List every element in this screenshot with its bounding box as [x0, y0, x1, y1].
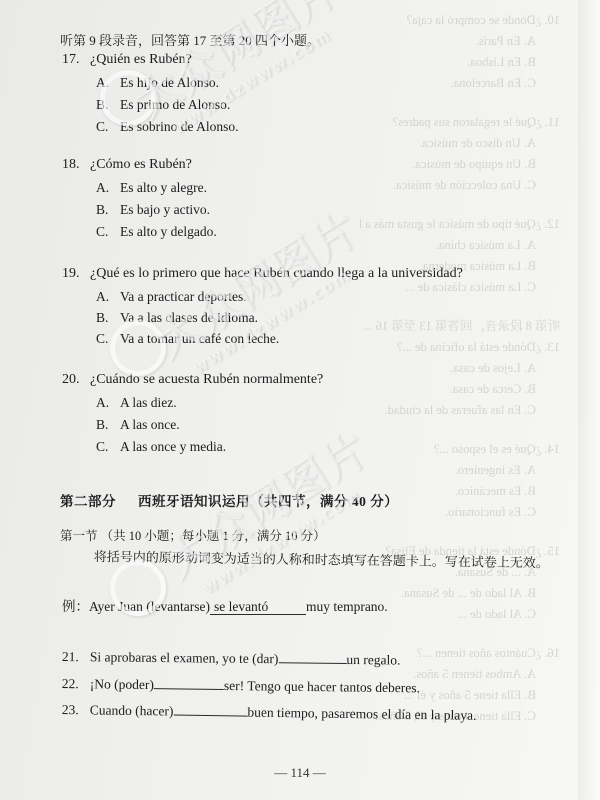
question-text: ¿Qué es lo primero que hace Rubén cuando…: [90, 266, 463, 281]
question-18: 18.¿Cómo es Rubén?: [62, 157, 192, 173]
option-18a: A.Es alto y alegre.: [96, 180, 207, 196]
section-one-heading: 第一节 （共 10 小题；每小题 1 分，满分 10 分）: [60, 526, 326, 544]
example-suffix: muy temprano.: [306, 599, 388, 614]
answer-blank: [278, 647, 346, 664]
listening-intro: 听第 9 段录音，回答第 17 至第 20 四个小题。: [60, 30, 320, 49]
question-number: 18.: [62, 157, 90, 173]
fill-item-23: 23.Cuando (hacer)buen tiempo, pasaremos …: [62, 698, 477, 724]
question-20: 20.¿Cuándo se acuesta Rubén normalmente?: [62, 372, 323, 388]
part-title: 西班牙语知识运用（共四节，满分 40 分）: [138, 494, 398, 509]
question-17: 17.¿Quién es Rubén?: [62, 52, 192, 68]
question-number: 19.: [62, 266, 90, 282]
option-20c: C.A las once y media.: [96, 439, 226, 455]
page-number: — 114 —: [0, 765, 600, 781]
option-18b: B.Es bajo y activo.: [96, 202, 210, 218]
answer-blank: [173, 700, 247, 717]
fill-item-21: 21.Si aprobaras el examen, yo te (dar)un…: [62, 645, 401, 669]
section-instruction: 将括号内的原形动词变为适当的人称和时态填写在答题卡上。写在试卷上无效。: [94, 546, 549, 571]
example-sentence: 例：Ayer Juan (levantarse)se levantómuy te…: [62, 595, 388, 615]
question-number: 17.: [62, 52, 90, 68]
example-answer-blank: se levantó: [210, 599, 306, 615]
question-text: ¿Cómo es Rubén?: [90, 157, 192, 172]
example-prefix: 例：Ayer Juan (levantarse): [62, 599, 210, 614]
option-19a: A.Va a practicar deportes.: [96, 289, 247, 305]
exam-page: 听第 9 段录音，回答第 17 至第 20 四个小题。 17.¿Quién es…: [0, 0, 600, 800]
option-17a: A.Es hijo de Alonso.: [96, 75, 219, 91]
option-17c: C.Es sobrino de Alonso.: [96, 119, 239, 135]
option-17b: B.Es primo de Alonso.: [96, 97, 230, 113]
question-text: ¿Cuándo se acuesta Rubén normalmente?: [90, 372, 323, 387]
part-two-heading: 第二部分西班牙语知识运用（共四节，满分 40 分）: [60, 490, 398, 510]
option-19b: B.Va a las clases de idioma.: [96, 310, 258, 326]
fill-item-22: 22.¡No (poder)ser! Tengo que hacer tanto…: [62, 672, 420, 696]
answer-blank: [154, 673, 224, 690]
question-19: 19.¿Qué es lo primero que hace Rubén cua…: [62, 266, 463, 282]
option-20b: B.A las once.: [96, 417, 180, 433]
option-18c: C.Es alto y delgado.: [96, 224, 217, 240]
option-19c: C.Va a tomar un café con leche.: [96, 331, 279, 347]
question-text: ¿Quién es Rubén?: [90, 52, 192, 67]
part-label: 第二部分: [60, 494, 116, 509]
question-number: 20.: [62, 372, 90, 388]
option-20a: A.A las diez.: [96, 395, 177, 411]
